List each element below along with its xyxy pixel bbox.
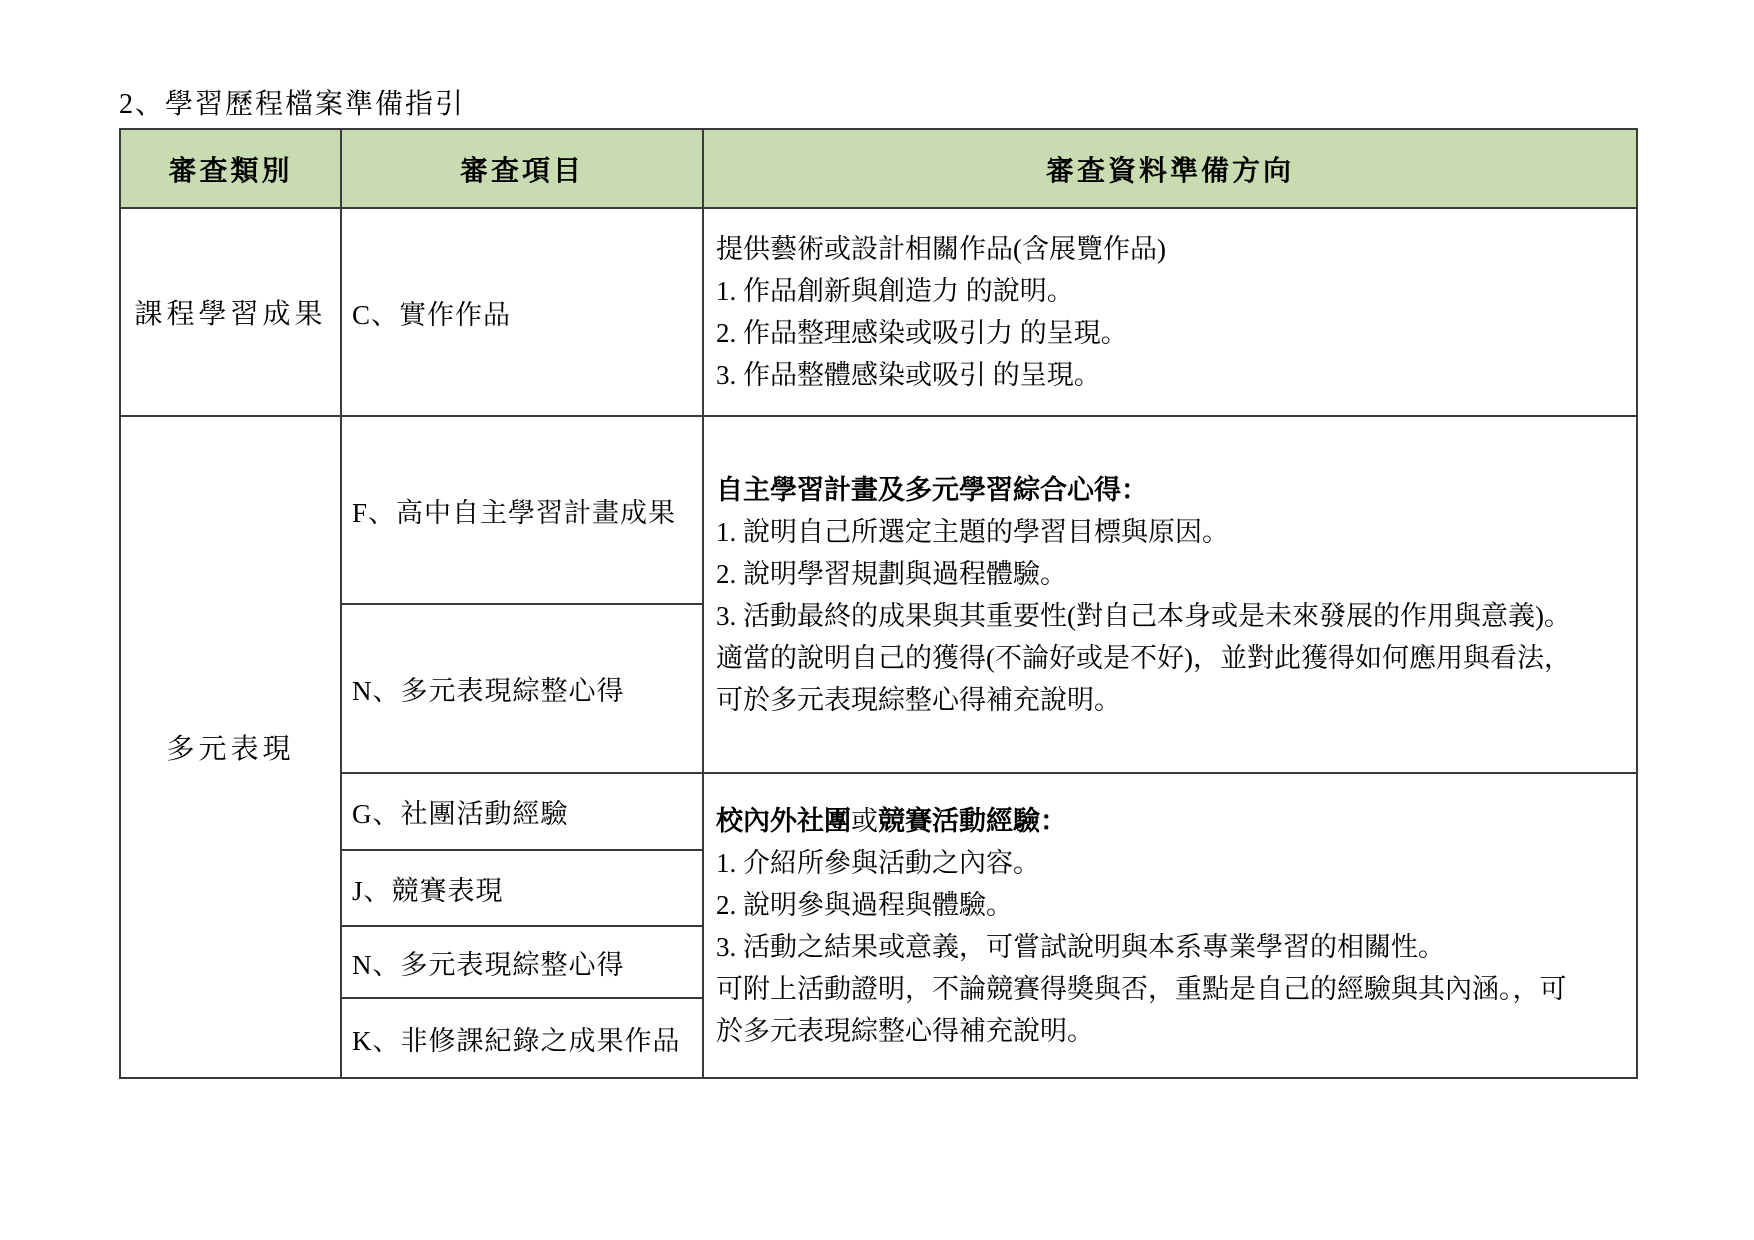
detail-line: 3. 作品整體感染或吸引 的呈現。: [716, 354, 1626, 396]
item-cell-j-competition: J、競賽表現: [341, 850, 703, 926]
detail-line: 2. 說明參與過程與體驗。: [716, 884, 1626, 926]
item-cell-g-club-experience: G、社團活動經驗: [341, 773, 703, 850]
detail-cell-self-learning: 自主學習計畫及多元學習綜合心得： 1. 說明自己所選定主題的學習目標與原因。 2…: [703, 416, 1637, 773]
detail-line: 2. 說明學習規劃與過程體驗。: [716, 553, 1626, 595]
detail-line: 適當的說明自己的獲得(不論好或是不好)，並對此獲得如何應用與看法，: [716, 637, 1626, 679]
table-row-g-club-experience: G、社團活動經驗 校內外社團或競賽活動經驗： 1. 介紹所參與活動之內容。 2.…: [120, 773, 1637, 850]
item-cell-f-self-learning-plan: F、高中自主學習計畫成果: [341, 416, 703, 604]
detail-line: 3. 活動最終的成果與其重要性(對自己本身或是未來發展的作用與意義)。: [716, 595, 1626, 637]
header-review-category: 審查類別: [120, 129, 341, 208]
header-preparation-direction: 審查資料準備方向: [703, 129, 1637, 208]
detail-line: 1. 介紹所參與活動之內容。: [716, 842, 1626, 884]
item-cell-c-practical-works: C、實作作品: [341, 208, 703, 416]
guideline-table: 審查類別 審查項目 審查資料準備方向 課程學習成果 C、實作作品 提供藝術或設計…: [119, 128, 1638, 1079]
detail-line: 於多元表現綜整心得補充說明。: [716, 1010, 1626, 1052]
table-row-course-results: 課程學習成果 C、實作作品 提供藝術或設計相關作品(含展覽作品) 1. 作品創新…: [120, 208, 1637, 416]
detail-line: 可附上活動證明，不論競賽得獎與否，重點是自己的經驗與其內涵。，可: [716, 968, 1626, 1010]
category-cell-course-results: 課程學習成果: [120, 208, 341, 416]
detail-line: 2. 作品整理感染或吸引力 的呈現。: [716, 312, 1626, 354]
category-cell-diverse-performance: 多元表現: [120, 416, 341, 1078]
table-header-row: 審查類別 審查項目 審查資料準備方向: [120, 129, 1637, 208]
detail-title-segment: 校內外社團: [716, 806, 851, 836]
detail-line: 3. 活動之結果或意義，可嘗試說明與本系專業學習的相關性。: [716, 926, 1626, 968]
header-review-item: 審查項目: [341, 129, 703, 208]
detail-line: 1. 作品創新與創造力 的說明。: [716, 270, 1626, 312]
detail-line: 提供藝術或設計相關作品(含展覽作品): [716, 228, 1626, 270]
detail-cell-course-results: 提供藝術或設計相關作品(含展覽作品) 1. 作品創新與創造力 的說明。 2. 作…: [703, 208, 1637, 416]
item-cell-n-diverse-reflection-2: N、多元表現綜整心得: [341, 926, 703, 998]
detail-cell-club-competition: 校內外社團或競賽活動經驗： 1. 介紹所參與活動之內容。 2. 說明參與過程與體…: [703, 773, 1637, 1078]
page-title: 2、學習歷程檔案準備指引: [119, 82, 465, 122]
detail-title-segment: 或: [851, 806, 878, 836]
item-cell-k-non-course-works: K、非修課紀錄之成果作品: [341, 998, 703, 1078]
table-row-f-self-learning: 多元表現 F、高中自主學習計畫成果 自主學習計畫及多元學習綜合心得： 1. 說明…: [120, 416, 1637, 604]
document-page: 2、學習歷程檔案準備指引 審查類別 審查項目 審查資料準備方向 課程學習成果 C…: [0, 0, 1754, 1240]
item-cell-n-diverse-reflection-1: N、多元表現綜整心得: [341, 604, 703, 773]
detail-line: 1. 說明自己所選定主題的學習目標與原因。: [716, 511, 1626, 553]
detail-title-segment: 競賽活動經驗：: [878, 806, 1067, 836]
detail-title: 自主學習計畫及多元學習綜合心得：: [716, 469, 1626, 511]
detail-line: 可於多元表現綜整心得補充說明。: [716, 679, 1626, 721]
detail-title: 校內外社團或競賽活動經驗：: [716, 800, 1626, 842]
